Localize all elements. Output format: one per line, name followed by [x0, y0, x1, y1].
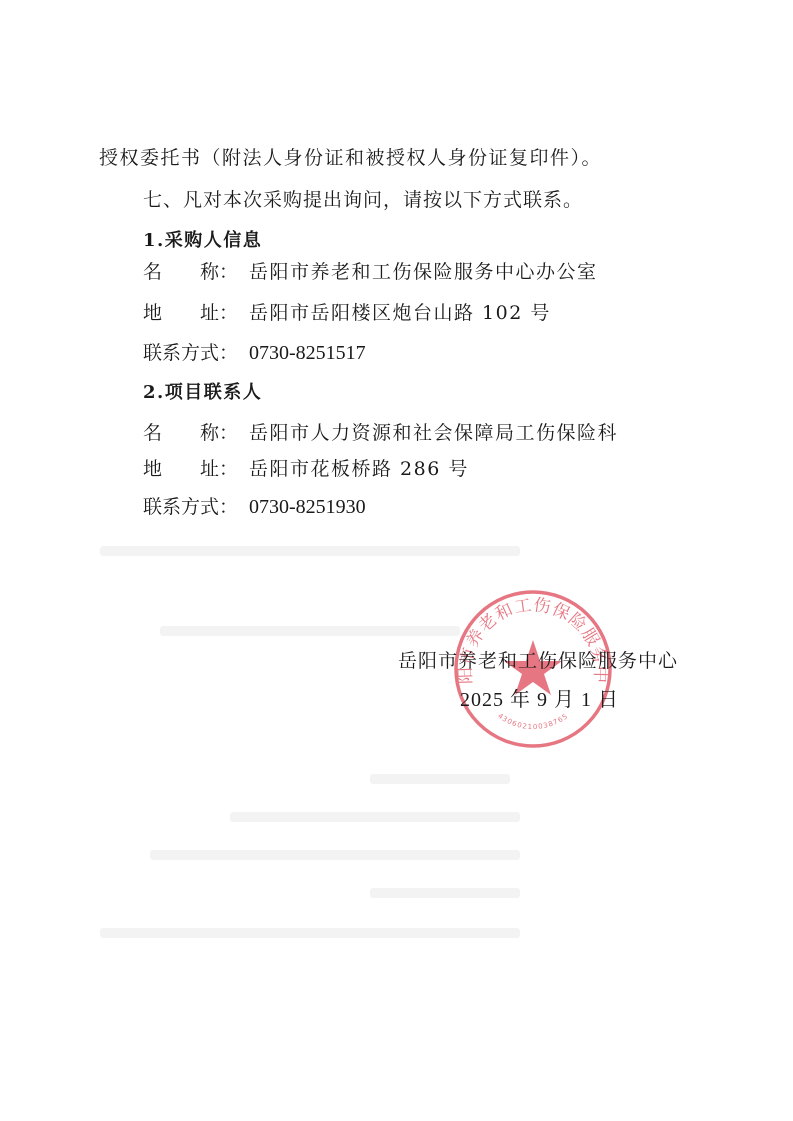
purchaser-address-row: 地 址：岳阳市岳阳楼区炮台山路 102 号 [143, 301, 551, 325]
project-address-label: 地 址： [143, 457, 249, 481]
purchaser-contact-row: 联系方式：0730-8251517 [143, 341, 366, 365]
bleed-through-line [370, 774, 510, 784]
project-contact-value: 0730-8251930 [249, 496, 366, 518]
bleed-through-line [150, 850, 520, 860]
signature-date: 2025 年 9 月 1 日 [460, 688, 619, 712]
purchaser-heading: 1.采购人信息 [143, 229, 262, 253]
purchaser-name-label: 名 称： [143, 260, 249, 284]
project-address-row: 地 址：岳阳市花板桥路 286 号 [143, 457, 469, 481]
purchaser-address-value: 岳阳市岳阳楼区炮台山路 102 号 [249, 302, 551, 324]
purchaser-contact-label: 联系方式： [143, 341, 249, 365]
purchaser-address-label: 地 址： [143, 301, 249, 325]
bleed-through-line [370, 888, 520, 898]
purchaser-contact-value: 0730-8251517 [249, 342, 366, 364]
project-contact-heading: 2.项目联系人 [143, 381, 262, 405]
purchaser-name-row: 名 称：岳阳市养老和工伤保险服务中心办公室 [143, 260, 598, 284]
project-name-value: 岳阳市人力资源和社会保障局工伤保险科 [249, 422, 618, 444]
bleed-through-line [100, 546, 520, 556]
bleed-through-line [100, 928, 520, 938]
project-contact-label: 联系方式： [143, 495, 249, 519]
bleed-through-line [230, 812, 520, 822]
continuation-line: 授权委托书（附法人身份证和被授权人身份证复印件）。 [99, 146, 602, 170]
project-address-value: 岳阳市花板桥路 286 号 [249, 458, 469, 480]
seal-code: 4306021003876​5 [496, 712, 570, 731]
section-heading: 七、凡对本次采购提出询问，请按以下方式联系。 [143, 188, 583, 212]
project-name-row: 名 称：岳阳市人力资源和社会保障局工伤保险科 [143, 421, 618, 445]
project-name-label: 名 称： [143, 421, 249, 445]
project-contact-row: 联系方式：0730-8251930 [143, 495, 366, 519]
purchaser-name-value: 岳阳市养老和工伤保险服务中心办公室 [249, 261, 598, 283]
signature-organization: 岳阳市养老和工伤保险服务中心 [398, 649, 678, 673]
bleed-through-line [160, 626, 460, 636]
